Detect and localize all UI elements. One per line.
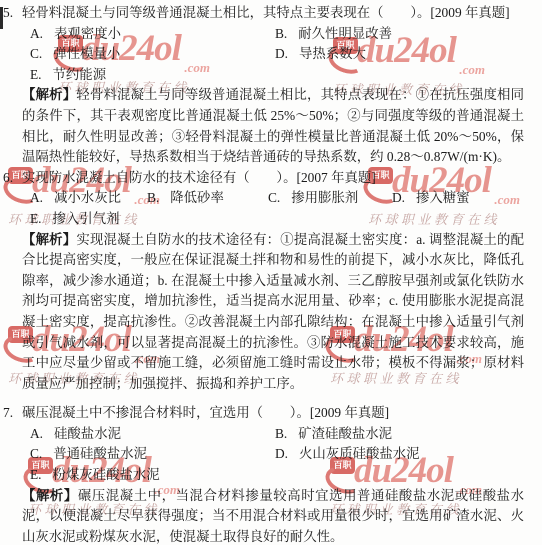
option-label: A. <box>30 190 43 205</box>
option-text: 导热系数大 <box>299 46 366 61</box>
option-c: C.普通硅酸盐水泥 <box>30 444 275 465</box>
option-b: B.耐久性明显改善 <box>275 24 524 45</box>
options-list: A.减小水灰比 B.降低砂率 C.掺用膨胀剂 D.掺入糖蜜 E.掺入引气剂 <box>22 188 524 229</box>
option-a: A.减小水灰比 <box>30 188 147 209</box>
document-page: 百职du24ol .com 环球职业教育在线 百职du24ol .com 环球职… <box>0 0 542 545</box>
option-text: 掺用膨胀剂 <box>291 190 358 205</box>
option-label: C. <box>30 446 42 461</box>
analysis-label: 【解析】 <box>22 87 76 102</box>
option-text: 降低砂率 <box>170 190 224 205</box>
option-label: A. <box>30 26 43 41</box>
option-text: 火山灰质硅酸盐水泥 <box>299 446 420 461</box>
option-d: D.导热系数大 <box>275 44 524 65</box>
option-label: A. <box>30 426 43 441</box>
option-text: 耐久性明显改善 <box>298 26 392 41</box>
exam-content: 5. 轻骨料混凝土与同等级普通混凝土相比，其特点主要表现在（ ）。[2009 年… <box>0 0 542 545</box>
option-d: D.掺入糖蜜 <box>392 188 470 209</box>
option-e: E.粉煤灰硅酸盐水泥 <box>30 465 275 486</box>
question-stem-text: 实现防水混凝土自防水的技术途径有（ ）。[2007 年真题] <box>22 170 376 185</box>
option-text: 表观密度小 <box>54 26 121 41</box>
option-text: 硅酸盐水泥 <box>54 426 121 441</box>
option-label: B. <box>147 190 159 205</box>
analysis-text: 实现混凝土自防水的技术途径有：①提高混凝土密实度：a. 调整混凝土的配合比提高密… <box>22 232 524 391</box>
option-text: 掺入糖蜜 <box>416 190 470 205</box>
option-b: B.矿渣硅酸盐水泥 <box>275 424 524 445</box>
analysis-paragraph: 【解析】实现混凝土自防水的技术途径有：①提高混凝土密实度：a. 调整混凝土的配合… <box>22 230 524 395</box>
option-label: E. <box>30 467 42 482</box>
question-7: 7. 碾压混凝土中不掺混合材料时，宜选用（ ）。[2009 年真题] A.硅酸盐… <box>22 403 524 545</box>
option-text: 普通硅酸盐水泥 <box>53 446 147 461</box>
option-c: C.掺用膨胀剂 <box>268 188 392 209</box>
option-text: 减小水灰比 <box>54 190 121 205</box>
options-row: E.掺入引气剂 <box>30 209 524 230</box>
option-d: D.火山灰质硅酸盐水泥 <box>275 444 524 465</box>
question-stem: 6. 实现防水混凝土自防水的技术途径有（ ）。[2007 年真题] <box>22 168 524 189</box>
options-row: A.减小水灰比 B.降低砂率 C.掺用膨胀剂 D.掺入糖蜜 <box>30 188 524 209</box>
question-stem: 5. 轻骨料混凝土与同等级普通混凝土相比，其特点主要表现在（ ）。[2009 年… <box>22 3 524 24</box>
option-c: C.弹性模量小 <box>30 44 275 65</box>
question-6: 6. 实现防水混凝土自防水的技术途径有（ ）。[2007 年真题] A.减小水灰… <box>22 168 524 395</box>
option-label: B. <box>275 26 287 41</box>
option-label: D. <box>275 46 288 61</box>
question-stem-text: 碾压混凝土中不掺混合材料时，宜选用（ ）。[2009 年真题] <box>22 405 389 420</box>
option-label: D. <box>275 446 288 461</box>
scan-artifact <box>0 7 3 29</box>
analysis-text: 轻骨料混凝土与同等级普通混凝土相比，其特点表现在：①在抗压强度相同的条件下，其干… <box>22 87 524 164</box>
option-e: E.掺入引气剂 <box>30 211 119 226</box>
option-label: B. <box>275 426 287 441</box>
option-label: C. <box>30 46 42 61</box>
analysis-paragraph: 【解析】碾压混凝土中，当混合材料掺量较高时宜选用普通硅酸盐水泥或硅酸盐水泥，以便… <box>22 486 524 545</box>
option-a: A.表观密度小 <box>30 24 275 45</box>
question-number: 7. <box>3 403 13 424</box>
option-text: 节约能源 <box>53 67 107 82</box>
question-5: 5. 轻骨料混凝土与同等级普通混凝土相比，其特点主要表现在（ ）。[2009 年… <box>22 3 524 168</box>
option-e: E.节约能源 <box>30 65 275 86</box>
option-text: 掺入引气剂 <box>53 211 120 226</box>
question-stem-text: 轻骨料混凝土与同等级普通混凝土相比，其特点主要表现在（ ）。[2009 年真题] <box>22 5 510 20</box>
option-a: A.硅酸盐水泥 <box>30 424 275 445</box>
analysis-paragraph: 【解析】轻骨料混凝土与同等级普通混凝土相比，其特点表现在：①在抗压强度相同的条件… <box>22 85 524 167</box>
question-number: 6. <box>3 168 13 189</box>
option-label: D. <box>392 190 405 205</box>
question-number: 5. <box>3 3 13 24</box>
options-list: A.硅酸盐水泥 B.矿渣硅酸盐水泥 C.普通硅酸盐水泥 D.火山灰质硅酸盐水泥 … <box>22 424 524 486</box>
question-stem: 7. 碾压混凝土中不掺混合材料时，宜选用（ ）。[2009 年真题] <box>22 403 524 424</box>
option-text: 矿渣硅酸盐水泥 <box>298 426 392 441</box>
analysis-label: 【解析】 <box>22 488 78 503</box>
analysis-label: 【解析】 <box>22 232 76 247</box>
option-text: 粉煤灰硅酸盐水泥 <box>53 467 160 482</box>
option-label: E. <box>30 211 42 226</box>
options-list: A.表观密度小 B.耐久性明显改善 C.弹性模量小 D.导热系数大 E.节约能源 <box>22 24 524 86</box>
option-b: B.降低砂率 <box>147 188 268 209</box>
option-label: E. <box>30 67 42 82</box>
analysis-text: 碾压混凝土中，当混合材料掺量较高时宜选用普通硅酸盐水泥或硅酸盐水泥，以便混凝土尽… <box>22 488 524 544</box>
option-label: C. <box>268 190 280 205</box>
option-text: 弹性模量小 <box>53 46 120 61</box>
